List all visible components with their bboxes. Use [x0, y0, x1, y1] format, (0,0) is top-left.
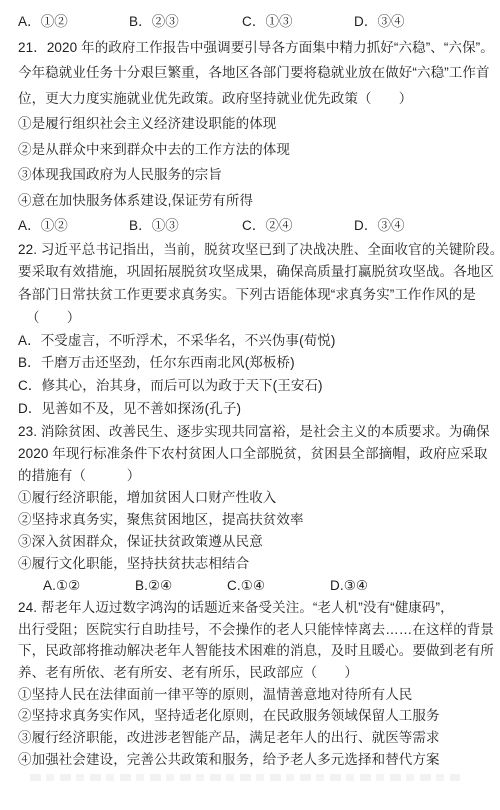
option-c: C．②④ [242, 213, 293, 239]
question-22-stem-line: 22. 习近平总书记指出，当前，脱贫攻坚已到了决战决胜、全面收官的关键阶段。 [18, 239, 484, 262]
section-question-21: A．①② B．②③ C．①③ D．③④ 21．2020 年的政府工作报告中强调要… [18, 9, 484, 239]
question-23-item-3: ③深入贫困群众，保证扶贫政策遵从民意 [18, 531, 484, 553]
option-b: B．①③ [129, 213, 179, 239]
question-24-stem-line: 下，民政部将推动解决老年人智能技术困难的消息，及时且暖心。要做到老有所 [18, 640, 484, 662]
section-question-23: 23. 消除贫困、改善民生、逐步实现共同富裕，是社会主义的本质要求。为确保 20… [18, 421, 484, 597]
question-22-option-b: B．千磨万击还坚劲，任尔东西南北风(郑板桥) [18, 352, 484, 375]
question-21-item-3: ③体现我国政府为人民服务的宗旨 [18, 162, 484, 188]
question-22-stem-line: 各部门日常扶贫工作更要求真务实。下列古语能体现“求真务实”工作作风的是 [18, 284, 484, 307]
question-21-stem-line: 今年稳就业任务十分艰巨繁重，各地区各部门要将稳就业放在做好“六稳”工作首 [18, 60, 484, 86]
option-a: A．①② [18, 213, 68, 239]
option-b: B.②④ [135, 575, 172, 597]
option-c: C.①④ [227, 575, 265, 597]
question-22-option-d: D．见善如不及，见不善如探汤(孔子) [18, 398, 484, 421]
question-24-item-3: ③履行经济职能，改进涉老智能产品，满足老年人的出行、就医等需求 [18, 727, 484, 749]
question-22-option-a: A．不受虚言，不听浮术，不采华名，不兴伪事(荀悦) [18, 330, 484, 353]
cutoff-text-line [30, 774, 460, 781]
section-question-24: 24. 帮老年人迈过数字鸿沟的话题近来备受关注。“老人机”没有“健康码”， 出行… [18, 597, 484, 771]
question-22-blank-parens: （ ） [18, 307, 484, 330]
option-a: A.①② [43, 575, 80, 597]
question-23-item-2: ②坚持求真务实，聚焦贫困地区，提高扶贫效率 [18, 509, 484, 531]
previous-question-options-row: A．①② B．②③ C．①③ D．③④ [18, 9, 484, 35]
question-24-stem-line: 养、老有所依、老有所安、老有所乐，民政部应（ ） [18, 662, 484, 684]
question-21-item-1: ①是履行组织社会主义经济建设职能的体现 [18, 111, 484, 137]
question-24-stem-line: 出行受阻；医院实行自助挂号，不会操作的老人只能悻悻离去……在这样的背景 [18, 619, 484, 641]
question-24-item-1: ①坚持人民在法律面前一律平等的原则，温情善意地对待所有人民 [18, 684, 484, 706]
question-22-stem-line: 要采取有效措施，巩固拓展脱贫攻坚成果，确保高质量打赢脱贫攻坚战。各地区 [18, 261, 484, 284]
option-a: A．①② [18, 9, 68, 35]
question-21-stem-line: 21．2020 年的政府工作报告中强调要引导各方面集中精力抓好“六稳”、“六保”… [18, 35, 484, 61]
question-24-item-4: ④加强社会建设，完善公共政策和服务，给予老人多元选择和替代方案 [18, 749, 484, 771]
question-21-options-row: A．①② B．①③ C．②④ D．③④ [18, 213, 484, 239]
question-23-stem-line: 23. 消除贫困、改善民生、逐步实现共同富裕，是社会主义的本质要求。为确保 [18, 421, 484, 443]
question-24-item-2: ②坚持求真务实作风，坚持适老化原则，在民政服务领域保留人工服务 [18, 705, 484, 727]
section-question-22: 22. 习近平总书记指出，当前，脱贫攻坚已到了决战决胜、全面收官的关键阶段。 要… [18, 239, 484, 421]
option-d: D.③④ [330, 575, 368, 597]
exam-document-page: A．①② B．②③ C．①③ D．③④ 21．2020 年的政府工作报告中强调要… [0, 0, 500, 810]
question-21-stem-line: 位，更大力度实施就业优先政策。政府坚持就业优先政策（ ） [18, 86, 484, 112]
question-23-stem-line: 2020 年现行标准条件下农村贫困人口全部脱贫，贫困县全部摘帽，政府应采取 [18, 443, 484, 465]
question-23-item-1: ①履行经济职能，增加贫困人口财产性收入 [18, 487, 484, 509]
option-b: B．②③ [129, 9, 179, 35]
option-c: C．①③ [242, 9, 293, 35]
question-23-options-row: A.①② B.②④ C.①④ D.③④ [18, 575, 484, 597]
question-21-item-2: ②是从群众中来到群众中去的工作方法的体现 [18, 137, 484, 163]
question-24-stem-line: 24. 帮老年人迈过数字鸿沟的话题近来备受关注。“老人机”没有“健康码”， [18, 597, 484, 619]
option-d: D．③④ [354, 213, 405, 239]
option-d: D．③④ [354, 9, 405, 35]
question-23-stem-line: 的措施有（ ） [18, 465, 484, 487]
question-23-item-4: ④履行文化职能，坚持扶贫扶志相结合 [18, 553, 484, 575]
question-21-item-4: ④意在加快服务体系建设,保证劳有所得 [18, 188, 484, 214]
question-22-option-c: C．修其心，治其身，而后可以为政于天下(王安石) [18, 375, 484, 398]
